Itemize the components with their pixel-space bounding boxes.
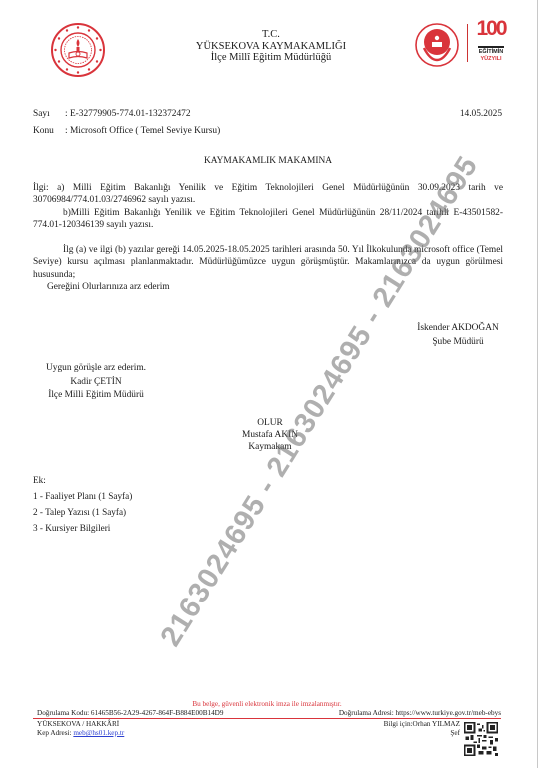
kaymakam-name: Mustafa AKIN <box>210 429 330 441</box>
sube-title: Şube Müdürü <box>386 336 530 350</box>
attachments-label: Ek: <box>33 472 132 488</box>
book-icon <box>478 41 504 48</box>
attachment-item: 2 - Talep Yazısı (1 Sayfa) <box>33 504 132 520</box>
info-title: Şef <box>384 729 460 738</box>
attachment-item: 1 - Faaliyet Planı (1 Sayfa) <box>33 488 132 504</box>
olur-label: OLUR <box>210 417 330 429</box>
signature-ilce: Uygun görüşle arz ederim. Kadir ÇETİN İl… <box>36 362 156 403</box>
info-name: Bilgi için:Orhan YILMAZ <box>384 720 460 729</box>
esign-notice: Bu belge, güvenli elektronik imza ile im… <box>33 700 501 709</box>
meb-seal-logo <box>50 22 106 78</box>
document-date: 14.05.2025 <box>460 108 502 120</box>
konu-row: Konu: Microsoft Office ( Temel Seviye Ku… <box>33 125 220 137</box>
letterhead: T.C. YÜKSEKOVA KAYMAKAMLIĞI İlçe Millî E… <box>150 29 392 64</box>
attachments: Ek: 1 - Faaliyet Planı (1 Sayfa) 2 - Tal… <box>33 472 132 536</box>
body-paragraph: İlg (a) ve ilgi (b) yazılar gereği 14.05… <box>33 244 503 281</box>
sube-name: İskender AKDOĞAN <box>386 322 530 336</box>
qr-code-icon[interactable] <box>464 722 498 756</box>
ilce-name: Kadir ÇETİN <box>36 376 156 390</box>
verify-code: Doğrulama Kodu: 61465B56-2A29-4267-864F-… <box>37 709 223 718</box>
sayi-value: : E-32779905-774.01-132372472 <box>65 109 191 119</box>
ilce-title: İlçe Milli Eğitim Müdürü <box>36 389 156 403</box>
ilgi-a: İlgi: a) Milli Eğitim Bakanlığı Yenilik … <box>33 182 503 207</box>
sayi-row: Sayı: E-32779905-774.01-132372472 <box>33 108 191 120</box>
kep-label: Kep Adresi: <box>37 729 72 737</box>
header-institution: YÜKSEKOVA KAYMAKAMLIĞI <box>150 41 392 53</box>
closing-line: Gereğini Olurlarınıza arz ederim <box>33 281 503 293</box>
konu-label: Konu <box>33 125 65 137</box>
egitimin-yuzyili-logo: 100 EĞİTİMİN YÜZYILI <box>472 18 510 66</box>
ilgi-b: b)Milli Eğitim Bakanlığı Yenilik ve Eğit… <box>33 207 503 232</box>
header-department: İlçe Millî Eğitim Müdürlüğü <box>150 52 392 64</box>
signature-sube: İskender AKDOĞAN Şube Müdürü <box>386 322 530 349</box>
sayi-label: Sayı <box>33 108 65 120</box>
kep-address-link[interactable]: meb@hs01.kep.tr <box>73 729 124 737</box>
header-tc: T.C. <box>150 29 392 41</box>
attachment-item: 3 - Kursiyer Bilgileri <box>33 520 132 536</box>
ilce-note: Uygun görüşle arz ederim. <box>36 362 156 376</box>
page-border <box>537 0 538 768</box>
document-watermark: 2163024695 - 2163024695 - 2163024695 <box>89 45 542 758</box>
footer-location: YÜKSEKOVA / HAKKÂRİ <box>37 720 119 729</box>
kaymakam-title: Kaymakam <box>210 441 330 453</box>
footer-divider <box>33 718 501 719</box>
konu-value: : Microsoft Office ( Temel Seviye Kursu) <box>65 126 220 136</box>
info-contact: Bilgi için:Orhan YILMAZ Şef <box>384 720 460 737</box>
kep-row: Kep Adresi: meb@hs01.kep.tr <box>37 729 124 738</box>
logo-text-1: EĞİTİMİN <box>472 49 510 56</box>
signature-kaymakam: OLUR Mustafa AKIN Kaymakam <box>210 417 330 453</box>
verify-address[interactable]: Doğrulama Adresi: https://www.turkiye.go… <box>339 709 501 718</box>
logo-separator <box>467 24 468 62</box>
aile-yili-logo <box>414 22 460 68</box>
logo-100-number: 100 <box>472 18 510 39</box>
addressee: KAYMAKAMLIK MAKAMINA <box>33 155 503 167</box>
logo-text-2: YÜZYILI <box>472 56 510 63</box>
